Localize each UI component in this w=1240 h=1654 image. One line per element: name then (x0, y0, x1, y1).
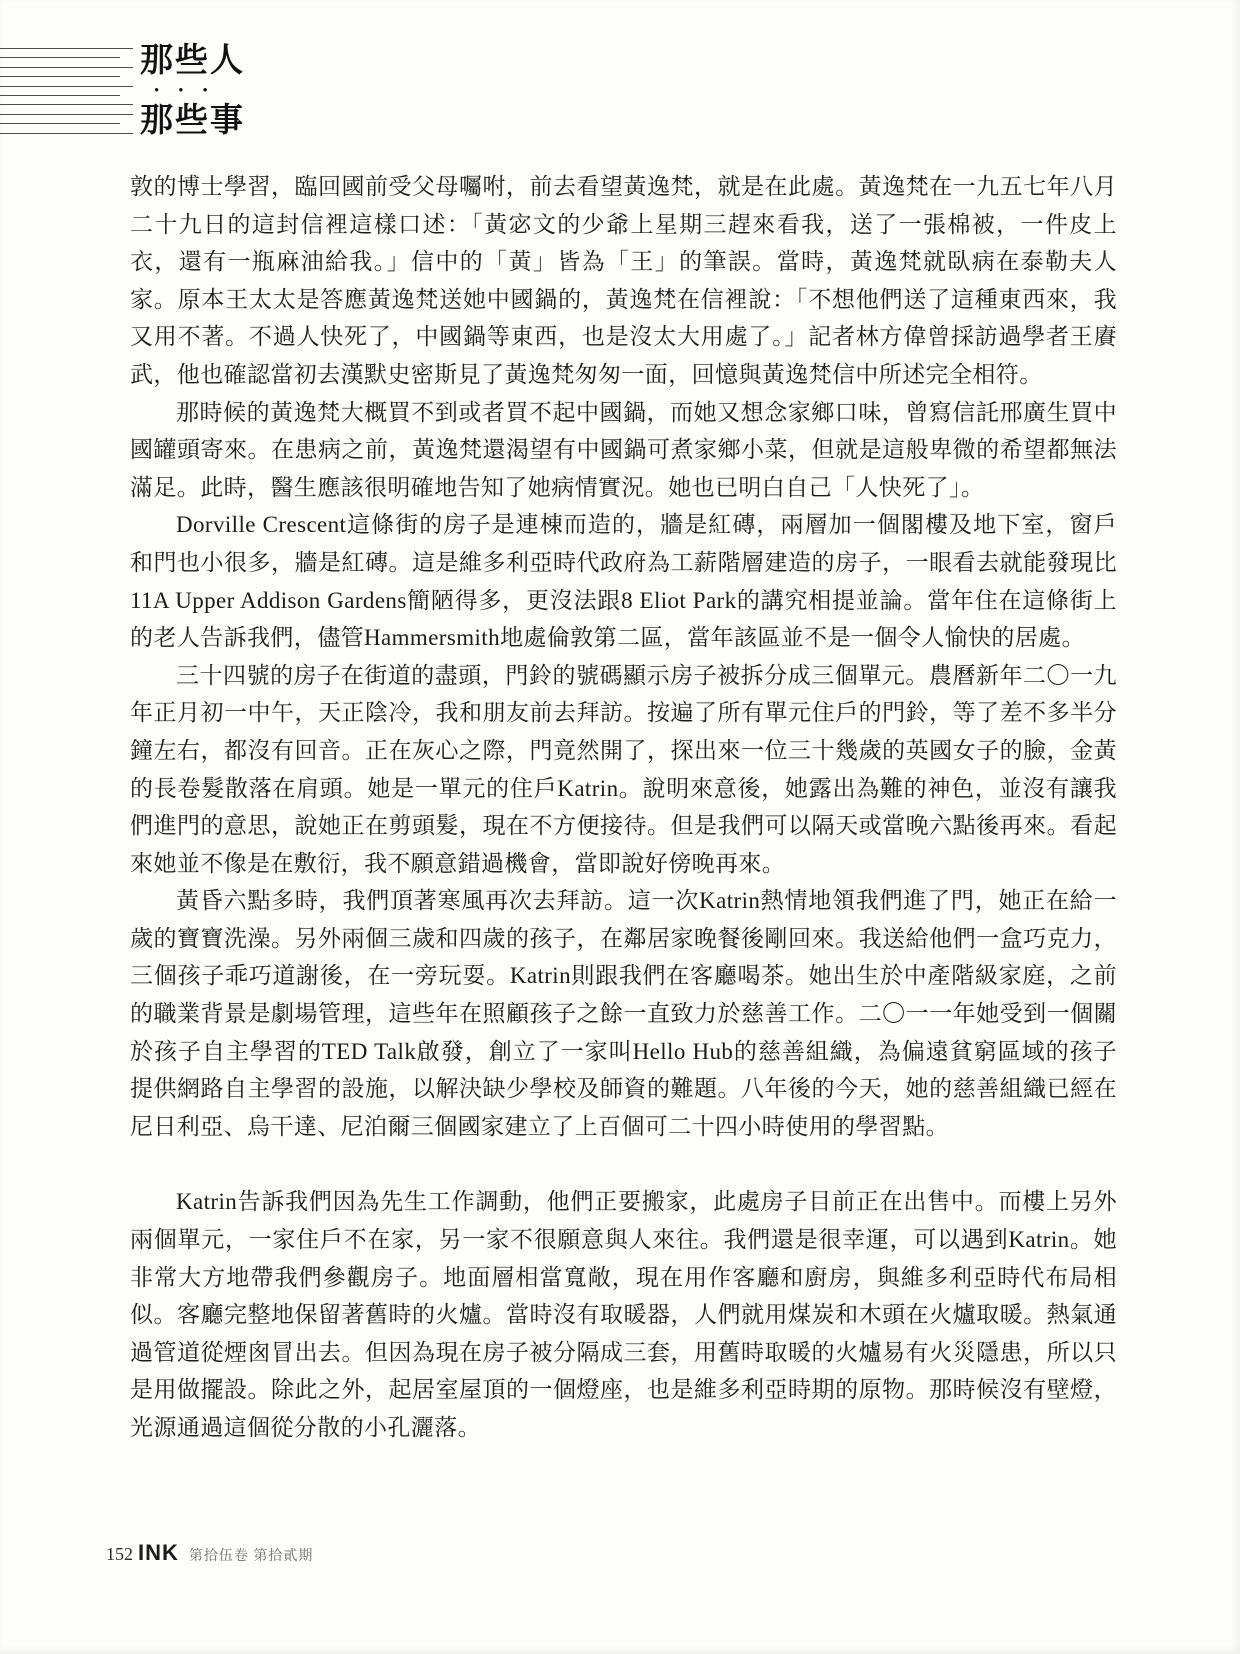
paragraph-4: 三十四號的房子在街道的盡頭，門鈴的號碼顯示房子被拆分成三個單元。農曆新年二〇一九… (130, 657, 1117, 883)
volume-issue-label: 第拾伍卷 第拾貳期 (189, 1545, 314, 1565)
section-title-top: 那些人 (140, 40, 250, 83)
title-separator-dots: ••• (140, 84, 250, 98)
paragraph-2: 那時候的黃逸梵大概買不到或者買不起中國鍋，而她又想念家鄉口味，曾寫信託邢廣生買中… (130, 394, 1117, 507)
page-number: 152 (106, 1544, 133, 1565)
paragraph-1: 敦的博士學習，臨回國前受父母囑咐，前去看望黃逸梵，就是在此處。黃逸梵在一九五七年… (130, 168, 1117, 394)
magazine-page: 那些人 ••• 那些事 敦的博士學習，臨回國前受父母囑咐，前去看望黃逸梵，就是在… (0, 0, 1240, 1654)
paragraph-3: Dorville Crescent這條街的房子是連棟而造的，牆是紅磚，兩層加一個… (130, 506, 1117, 656)
magazine-logo: INK (138, 1540, 179, 1566)
page-header: 那些人 ••• 那些事 (0, 40, 1240, 160)
paragraph-6: Katrin告訴我們因為先生工作調動，他們正要搬家，此處房子目前正在出售中。而樓… (130, 1183, 1117, 1446)
section-title-block: 那些人 ••• 那些事 (140, 40, 250, 143)
article-body: 敦的博士學習，臨回國前受父母囑咐，前去看望黃逸梵，就是在此處。黃逸梵在一九五七年… (130, 168, 1117, 1447)
section-title-bottom: 那些事 (140, 100, 250, 143)
paragraph-5: 黃昏六點多時，我們頂著寒風再次去拜訪。這一次Katrin熱情地領我們進了門，她正… (130, 882, 1117, 1145)
header-rules-decoration (0, 48, 133, 134)
page-footer: 152 INK 第拾伍卷 第拾貳期 (106, 1540, 313, 1566)
